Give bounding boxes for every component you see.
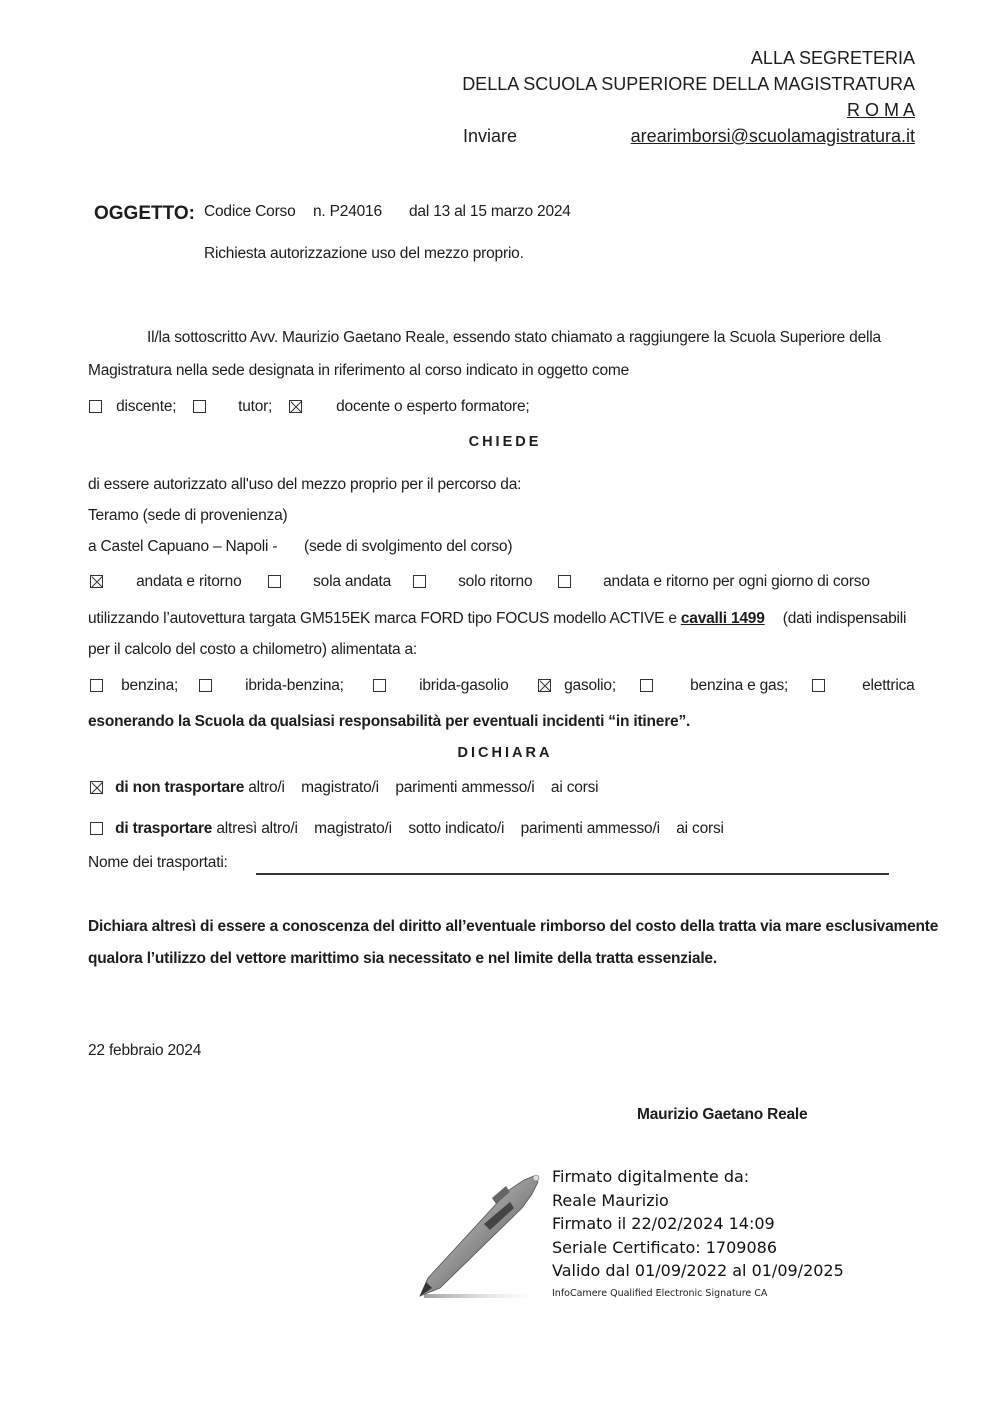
vehicle-line-2: per il calcolo del costo a chilometro) a… (88, 641, 417, 659)
trip-label-solo-ritorno: solo ritorno (458, 573, 532, 590)
fuel-label-ibrida-benzina: ibrida-benzina; (245, 677, 344, 694)
transport-rest: altresì altro/i magistrato/i sotto indic… (216, 820, 723, 837)
sea-declaration-line-1: Dichiara altresì di essere a conoscenza … (88, 918, 938, 936)
fuel-option-elettrica: elettrica (812, 677, 915, 695)
fuel-checkbox-elettrica[interactable] (812, 679, 825, 692)
signature-block: Firmato digitalmente da: Reale Maurizio … (552, 1165, 844, 1283)
destination: a Castel Capuano – Napoli - (88, 538, 277, 556)
role-checkbox-tutor[interactable] (193, 400, 206, 413)
dichiara-option-2: di trasportare altresì altro/i magistrat… (90, 820, 724, 838)
trip-option-sola-andata: sola andata (268, 573, 391, 591)
email-link[interactable]: arearimborsi@scuolamagistratura.it (631, 126, 915, 147)
vehicle-line-1: utilizzando l’autovettura targata GM515E… (88, 610, 906, 628)
transport-bold: di trasportare (115, 820, 212, 837)
fuel-label-gasolio: gasolio; (564, 677, 616, 694)
fuel-checkbox-ibrida-gasolio[interactable] (373, 679, 386, 692)
no-transport-rest: altro/i magistrato/i parimenti ammesso/i… (248, 779, 598, 796)
pen-icon (414, 1168, 554, 1304)
trip-label-andata-ritorno: andata e ritorno (136, 573, 241, 590)
subject-request: Richiesta autorizzazione uso del mezzo p… (204, 245, 524, 263)
fuel-option-gasolio: gasolio; (538, 677, 616, 695)
signer-name: Maurizio Gaetano Reale (637, 1106, 807, 1124)
destination-note: (sede di svolgimento del corso) (304, 538, 512, 556)
trip-label-ogni-giorno: andata e ritorno per ogni giorno di cors… (603, 573, 870, 590)
fuel-checkbox-benzina[interactable] (90, 679, 103, 692)
fuel-option-benzina-gas: benzina e gas; (640, 677, 788, 695)
vehicle-note: (dati indispensabili (783, 610, 907, 627)
no-transport-bold: di non trasportare (115, 779, 244, 796)
role-label-docente: docente o esperto formatore; (336, 398, 529, 415)
dichiara-heading: DICHIARA (0, 745, 1000, 761)
fuel-label-elettrica: elettrica (862, 677, 914, 694)
recipient-line-2: DELLA SCUOLA SUPERIORE DELLA MAGISTRATUR… (462, 74, 915, 95)
signature-label: Firmato digitalmente da: (552, 1165, 844, 1189)
signature-validity: Valido dal 01/09/2022 al 01/09/2025 (552, 1259, 844, 1283)
fuel-checkbox-ibrida-benzina[interactable] (199, 679, 212, 692)
role-checkbox-discente[interactable] (89, 400, 102, 413)
signature-signer: Reale Maurizio (552, 1189, 844, 1213)
subject-label: OGGETTO: (94, 203, 195, 225)
fuel-option-benzina: benzina; (90, 677, 178, 695)
intro-line-1: Il/la sottoscritto Avv. Maurizio Gaetano… (147, 329, 881, 347)
vehicle-horsepower: cavalli 1499 (681, 610, 765, 627)
passengers-field[interactable] (256, 854, 889, 874)
role-option-tutor: tutor; (193, 398, 272, 416)
trip-option-ogni-giorno: andata e ritorno per ogni giorno di cors… (558, 573, 870, 591)
trip-checkbox-andata-ritorno[interactable] (90, 575, 103, 588)
course-dates: dal 13 al 15 marzo 2024 (409, 203, 571, 221)
course-number: n. P24016 (313, 203, 382, 221)
trip-checkbox-ogni-giorno[interactable] (558, 575, 571, 588)
role-options: discente; (89, 398, 176, 416)
signature-serial: Seriale Certificato: 1709086 (552, 1236, 844, 1260)
fuel-checkbox-gasolio[interactable] (538, 679, 551, 692)
recipient-line-1: ALLA SEGRETERIA (751, 48, 915, 69)
fuel-option-ibrida-gasolio: ibrida-gasolio (373, 677, 509, 695)
signature-timestamp: Firmato il 22/02/2024 14:09 (552, 1212, 844, 1236)
origin: Teramo (sede di provenienza) (88, 507, 287, 525)
send-label: Inviare (463, 126, 517, 147)
fuel-checkbox-benzina-gas[interactable] (640, 679, 653, 692)
passengers-underline (256, 873, 889, 875)
course-code-label: Codice Corso (204, 203, 296, 221)
document-date: 22 febbraio 2024 (88, 1042, 201, 1060)
passengers-label: Nome dei trasportati: (88, 854, 228, 872)
trip-label-sola-andata: sola andata (313, 573, 391, 590)
trip-checkbox-solo-ritorno[interactable] (413, 575, 426, 588)
role-option-docente: docente o esperto formatore; (289, 398, 530, 416)
role-label-discente: discente; (116, 398, 176, 415)
recipient-city: R O M A (847, 100, 915, 121)
fuel-label-benzina: benzina; (121, 677, 178, 694)
signature-issuer: InfoCamere Qualified Electronic Signatur… (552, 1288, 767, 1299)
intro-line-2: Magistratura nella sede designata in rif… (88, 362, 629, 380)
chiede-heading: CHIEDE (0, 434, 1000, 450)
trip-checkbox-sola-andata[interactable] (268, 575, 281, 588)
dichiara-option-1: di non trasportare altro/i magistrato/i … (90, 779, 598, 797)
chiede-line-1: di essere autorizzato all'uso del mezzo … (88, 476, 521, 494)
transport-checkbox[interactable] (90, 822, 103, 835)
role-label-tutor: tutor; (238, 398, 272, 415)
sea-declaration-line-2: qualora l’utilizzo del vettore marittimo… (88, 950, 717, 968)
role-checkbox-docente[interactable] (289, 400, 302, 413)
no-transport-checkbox[interactable] (90, 781, 103, 794)
trip-option-andata-ritorno: andata e ritorno (90, 573, 242, 591)
vehicle-description: utilizzando l’autovettura targata GM515E… (88, 610, 677, 627)
fuel-option-ibrida-benzina: ibrida-benzina; (199, 677, 344, 695)
liability-statement: esonerando la Scuola da qualsiasi respon… (88, 713, 690, 731)
fuel-label-benzina-gas: benzina e gas; (690, 677, 788, 694)
trip-option-solo-ritorno: solo ritorno (413, 573, 532, 591)
fuel-label-ibrida-gasolio: ibrida-gasolio (419, 677, 508, 694)
